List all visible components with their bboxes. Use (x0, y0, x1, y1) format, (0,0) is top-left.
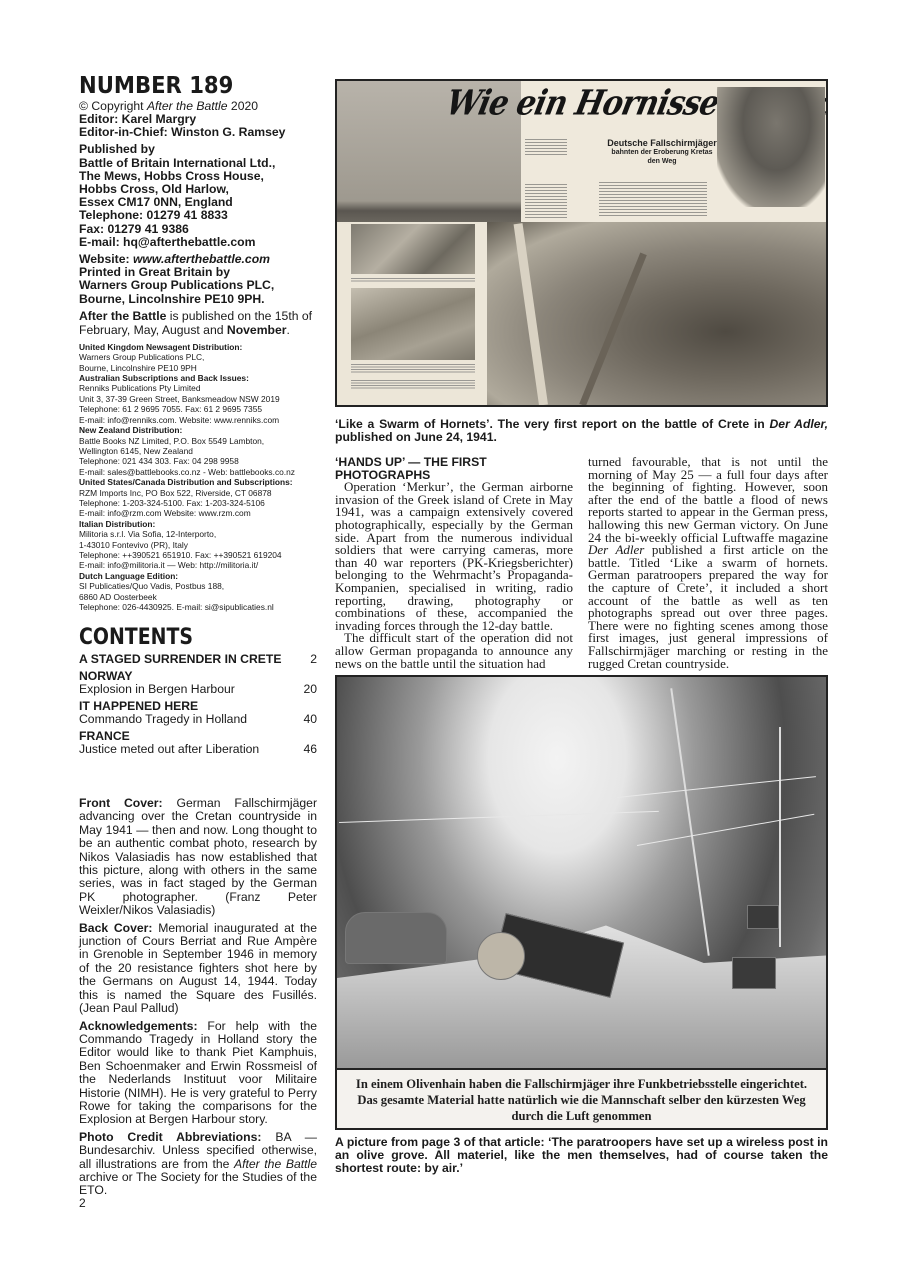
article-column-1: ‘HANDS UP’ — THE FIRST PHOTOGRAPHS Opera… (335, 456, 573, 670)
copyright-year: 2020 (228, 99, 259, 113)
back-cover-note: Back Cover: Memorial inaugurated at the … (79, 922, 317, 1016)
article-text: turned favourable, that is not until the… (588, 454, 828, 545)
distribution-line: 1-43010 Fontevivo (PR), Italy (79, 540, 317, 550)
photo-credit-label: Photo Credit Abbreviations: (79, 1130, 261, 1144)
email-line: E-mail: hq@afterthebattle.com (79, 236, 317, 249)
website-link[interactable]: www.afterthebattle.com (133, 252, 270, 266)
tree-trunk (514, 223, 548, 405)
article-paragraph: turned favourable, that is not until the… (588, 456, 828, 670)
contents-item[interactable]: NORWAY Explosion in Bergen Harbour20 (79, 670, 317, 697)
contents-item[interactable]: FRANCE Justice meted out after Liberatio… (79, 730, 317, 757)
distribution-line: Bourne, Lincolnshire PE10 9PH (79, 363, 317, 373)
copyright-line: © Copyright After the Battle 2020 (79, 99, 317, 113)
distribution-line: 6860 AD Oosterbeek (79, 592, 317, 602)
contents-section: NORWAY (79, 670, 317, 684)
contents-title-text: Explosion in Bergen Harbour (79, 683, 235, 697)
copyright-prefix: © Copyright (79, 99, 147, 113)
distribution-heading: United States/Canada Distribution and Su… (79, 477, 317, 487)
publication-schedule: After the Battle is published on the 15t… (79, 309, 317, 337)
contents-page: 20 (303, 683, 317, 697)
distribution-heading: Dutch Language Edition: (79, 571, 317, 581)
article-column-2: turned favourable, that is not until the… (588, 456, 828, 670)
photo2-caption: A picture from page 3 of that article: ‘… (335, 1136, 828, 1175)
resting-paratroopers-photo (487, 222, 828, 405)
article-paragraph: Operation ‘Merkur’, the German airborne … (335, 481, 573, 632)
contents-section: FRANCE (79, 730, 317, 744)
subhead-line: bahnten der Eroberung Kretas (602, 148, 722, 157)
radio-box (747, 905, 779, 929)
distribution-line: Militoria s.r.l. Via Sofia, 12-Interport… (79, 529, 317, 539)
marching-soldiers-photo (351, 224, 475, 274)
cover-notes: Front Cover: German Fallschirmjäger adva… (79, 797, 317, 1202)
distribution-line: E-mail: sales@battlebooks.co.nz - Web: b… (79, 467, 317, 477)
publisher-line: Published by (79, 143, 317, 156)
back-cover-text: Memorial inaugurated at the junction of … (79, 921, 317, 1015)
acknowledgements-text: For help with the Commando Tragedy in Ho… (79, 1019, 317, 1127)
distribution-line: RZM Imports Inc, PO Box 522, Riverside, … (79, 488, 317, 498)
small-photo-caption (351, 380, 475, 390)
caption-text: published on June 24, 1941. (335, 430, 497, 444)
article-paragraph: The difficult start of the operation did… (335, 632, 573, 670)
distribution-line: Unit 3, 37-39 Green Street, Banksmeadow … (79, 394, 317, 404)
caption-italic: Der Adler, (770, 417, 829, 431)
contents-list: A STAGED SURRENDER IN CRETE 2 NORWAY Exp… (79, 653, 317, 757)
distribution-heading: United Kingdom Newsagent Distribution: (79, 342, 317, 352)
telephone-line: Telephone: 01279 41 8833 (79, 209, 317, 222)
contents-item[interactable]: A STAGED SURRENDER IN CRETE 2 (79, 653, 317, 667)
distribution-line: Telephone: 61 2 9695 7055. Fax: 61 2 969… (79, 404, 317, 414)
subhead-line: den Weg (602, 157, 722, 166)
contents-title: CONTENTS (79, 626, 284, 650)
antenna-mast (779, 727, 781, 947)
article-text: published a first article on the battle.… (588, 542, 828, 670)
german-caption-inset: In einem Olivenhain haben die Fallschirm… (337, 1068, 826, 1128)
issue-title: NUMBER 189 (79, 74, 298, 98)
olive-grove-wireless-post-photo: In einem Olivenhain haben die Fallschirm… (335, 675, 828, 1130)
acknowledgements-label: Acknowledgements: (79, 1019, 198, 1033)
distribution-line: E-mail: info@rzm.com Website: www.rzm.co… (79, 508, 317, 518)
officer-figure (717, 87, 825, 207)
photo-credit-note: Photo Credit Abbreviations: BA — Bundesa… (79, 1131, 317, 1198)
acknowledgements-note: Acknowledgements: For help with the Comm… (79, 1020, 317, 1127)
back-cover-label: Back Cover: (79, 921, 152, 935)
front-cover-note: Front Cover: German Fallschirmjäger adva… (79, 797, 317, 918)
magazine-text-block (525, 184, 567, 220)
der-adler-spread-photo: Wie ein Hornissenschwarm... Deutsche Fal… (335, 79, 828, 407)
copyright-publication: After the Battle (147, 99, 228, 113)
inset-caption-line: In einem Olivenhain haben die Fallschirm… (337, 1076, 826, 1092)
fax-line: Fax: 01279 41 9386 (79, 223, 317, 236)
schedule-last-month: November (227, 323, 287, 337)
website-label: Website: (79, 252, 133, 266)
front-cover-label: Front Cover: (79, 796, 163, 810)
distribution-line: Telephone: 1-203-324-5100. Fax: 1-203-32… (79, 498, 317, 508)
contents-title-text: Commando Tragedy in Holland (79, 713, 247, 727)
schedule-title: After the Battle (79, 309, 166, 323)
distribution-line: Telephone: ++390521 651910. Fax: ++39052… (79, 550, 317, 560)
distribution-line: Battle Books NZ Limited, P.O. Box 5549 L… (79, 436, 317, 446)
contents-section: A STAGED SURRENDER IN CRETE (79, 653, 281, 667)
inset-caption-line: durch die Luft genommen (337, 1108, 826, 1124)
distribution-heading: Italian Distribution: (79, 519, 317, 529)
contents-item[interactable]: IT HAPPENED HERE Commando Tragedy in Hol… (79, 700, 317, 727)
distribution-line: SI Publicaties/Quo Vadis, Postbus 188, (79, 581, 317, 591)
masthead-column: NUMBER 189 © Copyright After the Battle … (79, 74, 317, 757)
photo1-caption: ‘Like a Swarm of Hornets’. The very firs… (335, 418, 828, 444)
subhead-line: Deutsche Fallschirmjäger (602, 139, 722, 148)
contents-title-text: Justice meted out after Liberation (79, 743, 259, 757)
magazine-subhead: Deutsche Fallschirmjäger bahnten der Ero… (602, 139, 722, 166)
editors-block: Editor: Karel Margry Editor-in-Chief: Wi… (79, 113, 317, 139)
editor-in-chief-line: Editor-in-Chief: Winston G. Ramsey (79, 126, 317, 139)
small-photo-caption (351, 364, 475, 374)
soldiers-group (345, 912, 447, 964)
magazine-text-block (525, 139, 567, 157)
printer-block: Printed in Great Britain by Warners Grou… (79, 266, 317, 306)
front-cover-text: German Fallschirmjäger advancing over th… (79, 796, 317, 917)
photo-credit-text: archive or The Society for the Studies o… (79, 1170, 317, 1197)
printer-line: Bourne, Lincolnshire PE10 9PH. (79, 293, 317, 306)
contents-page: 40 (303, 713, 317, 727)
radio-box (732, 957, 776, 989)
distribution-heading: Australian Subscriptions and Back Issues… (79, 373, 317, 383)
cart-wheel (477, 932, 525, 980)
inset-caption-line: Das gesamte Material hatte natürlich wie… (337, 1092, 826, 1108)
distribution-line: Telephone: 021 434 303. Fax: 04 298 9958 (79, 456, 317, 466)
photo-credit-italic: After the Battle (234, 1157, 317, 1171)
distribution-line: E-mail: info@renniks.com. Website: www.r… (79, 415, 317, 425)
distribution-line: Wellington 6145, New Zealand (79, 446, 317, 456)
magazine-bottom-left (337, 222, 487, 405)
small-photo-caption (351, 278, 475, 283)
hillside-photo (351, 288, 475, 360)
contents-page: 2 (310, 653, 317, 667)
publisher-line: Battle of Britain International Ltd., (79, 157, 317, 170)
distribution-line: Renniks Publications Pty Limited (79, 383, 317, 393)
contents-page: 46 (303, 743, 317, 757)
schedule-end: . (287, 323, 290, 337)
publisher-block: Published by Battle of Britain Internati… (79, 143, 317, 249)
distribution-heading: New Zealand Distribution: (79, 425, 317, 435)
distribution-line: Warners Group Publications PLC, (79, 352, 317, 362)
article-heading: ‘HANDS UP’ — THE FIRST PHOTOGRAPHS (335, 456, 573, 481)
distribution-line: Telephone: 026-4430925. E-mail: si@sipub… (79, 602, 317, 612)
rifle (579, 253, 647, 407)
caption-text: ‘Like a Swarm of Hornets’. The very firs… (335, 417, 770, 431)
distribution-list: United Kingdom Newsagent Distribution: W… (79, 342, 317, 613)
magazine-text-block (599, 182, 707, 218)
page-number: 2 (79, 1196, 86, 1210)
printer-line: Warners Group Publications PLC, (79, 279, 317, 292)
contents-section: IT HAPPENED HERE (79, 700, 317, 714)
distribution-line: E-mail: info@militoria.it — Web: http://… (79, 560, 317, 570)
